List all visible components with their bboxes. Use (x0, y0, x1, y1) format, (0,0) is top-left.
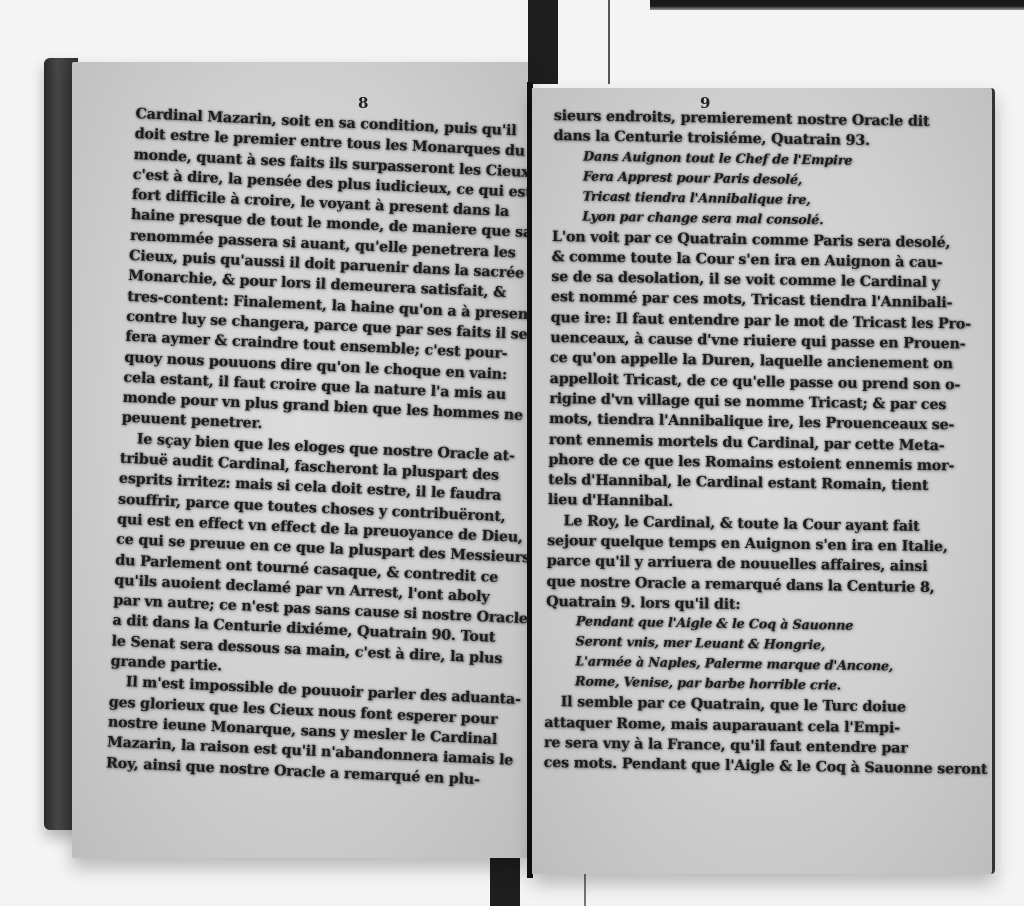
open-book: 8 Cardinal Mazarin, soit en sa condition… (44, 58, 1004, 878)
left-page-text: Cardinal Mazarin, soit en sa condition, … (106, 104, 520, 791)
left-page: 8 Cardinal Mazarin, soit en sa condition… (72, 62, 528, 858)
right-page: 9 sieurs endroits, premierement nostre O… (532, 88, 995, 874)
right-page-text: sieurs endroits, premierement nostre Ora… (544, 106, 964, 780)
page-number-left: 8 (358, 94, 368, 112)
background-stripe (650, 0, 1024, 10)
